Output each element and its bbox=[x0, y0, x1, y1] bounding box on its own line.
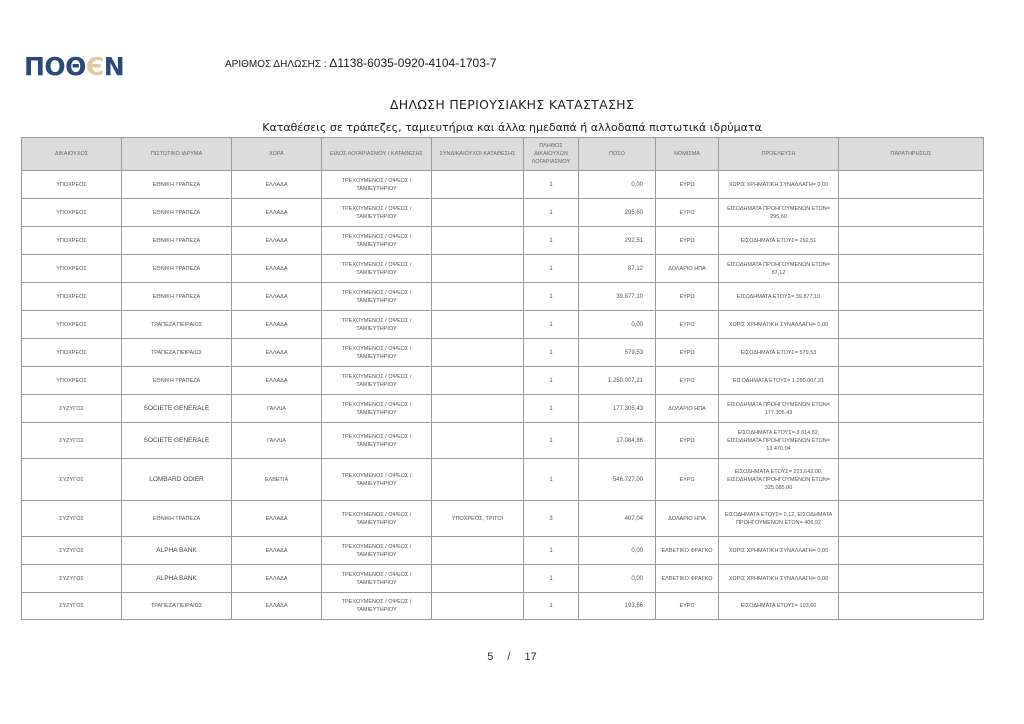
origin-cell: ΕΙΣΟΔΗΜΑΤΑ ΕΤΟΥΣ= 0,12, ΕΙΣΟΔΗΜΑΤΑ ΠΡΟΗΓ… bbox=[719, 501, 839, 537]
logo: ΠΟΘЄΝ bbox=[24, 52, 124, 81]
notes-cell bbox=[839, 459, 984, 501]
country-cell: ΕΛΛΑΔΑ bbox=[232, 501, 322, 537]
holder-cell: ΣΥΖΥΓΟΣ bbox=[22, 423, 122, 459]
deposits-table: ΔΙΚΑΙΟΥΧΟΣΠΙΣΤΩΤΙΚΟ ΙΔΡΥΜΑΧΩΡΑΕΙΔΟΣ ΛΟΓΑ… bbox=[21, 137, 984, 620]
currency-cell: ΕΥΡΩ bbox=[656, 593, 719, 620]
coholders-cell bbox=[432, 367, 524, 395]
country-cell: ΕΛΛΑΔΑ bbox=[232, 593, 322, 620]
origin-cell: ΧΩΡΙΣ ΧΡΗΜΑΤΙΚΗ ΣΥΝΑΛΛΑΓΗ= 0,00 bbox=[719, 311, 839, 339]
coholders-cell bbox=[432, 339, 524, 367]
notes-cell bbox=[839, 199, 984, 227]
holder-cell: ΥΠΟΧΡΕΟΣ bbox=[22, 367, 122, 395]
holders-count-cell: 1 bbox=[524, 311, 579, 339]
account-type-cell: ΤΡΕΧΟΥΜΕΝΟΣ / ΟΨΕΩΣ / ΤΑΜΙΕΥΤΗΡΙΟΥ bbox=[322, 593, 432, 620]
origin-cell: ΕΙΣΟΔΗΜΑΤΑ ΕΤΟΥΣ= 1.250.007,21 bbox=[719, 367, 839, 395]
bank-cell: ΕΘΝΙΚΗ ΤΡΑΠΕΖΑ bbox=[122, 367, 232, 395]
account-type-cell: ΤΡΕΧΟΥΜΕΝΟΣ / ΟΨΕΩΣ / ΤΑΜΙΕΥΤΗΡΙΟΥ bbox=[322, 459, 432, 501]
amount-cell: 0,00 bbox=[579, 537, 656, 565]
currency-cell: ΕΥΡΩ bbox=[656, 171, 719, 199]
country-cell: ΕΛΛΑΔΑ bbox=[232, 227, 322, 255]
account-type-cell: ΤΡΕΧΟΥΜΕΝΟΣ / ΟΨΕΩΣ / ΤΑΜΙΕΥΤΗΡΙΟΥ bbox=[322, 283, 432, 311]
holders-count-cell: 1 bbox=[524, 593, 579, 620]
account-type-cell: ΤΡΕΧΟΥΜΕΝΟΣ / ΟΨΕΩΣ / ΤΑΜΙΕΥΤΗΡΙΟΥ bbox=[322, 537, 432, 565]
account-type-cell: ΤΡΕΧΟΥΜΕΝΟΣ / ΟΨΕΩΣ / ΤΑΜΙΕΥΤΗΡΙΟΥ bbox=[322, 339, 432, 367]
currency-cell: ΔΟΛΑΡΙΟ ΗΠΑ bbox=[656, 501, 719, 537]
column-header: ΠΡΟΕΛΕΥΣΗ bbox=[719, 138, 839, 171]
account-type-cell: ΤΡΕΧΟΥΜΕΝΟΣ / ΟΨΕΩΣ / ΤΑΜΙΕΥΤΗΡΙΟΥ bbox=[322, 565, 432, 593]
origin-cell: ΕΙΣΟΔΗΜΑΤΑ ΕΤΟΥΣ= 39.877,10 bbox=[719, 283, 839, 311]
logo-text: ΠΟΘ bbox=[24, 52, 86, 81]
bank-cell: ΤΡΑΠΕΖΑ ΠΕΙΡΑΙΩΣ bbox=[122, 311, 232, 339]
holders-count-cell: 1 bbox=[524, 255, 579, 283]
holder-cell: ΥΠΟΧΡΕΟΣ bbox=[22, 171, 122, 199]
amount-cell: 546.727,00 bbox=[579, 459, 656, 501]
country-cell: ΓΑΛΛΙΑ bbox=[232, 423, 322, 459]
bank-cell: ΕΘΝΙΚΗ ΤΡΑΠΕΖΑ bbox=[122, 171, 232, 199]
holder-cell: ΣΥΖΥΓΟΣ bbox=[22, 459, 122, 501]
currency-cell: ΕΥΡΩ bbox=[656, 283, 719, 311]
notes-cell bbox=[839, 565, 984, 593]
table-row: ΥΠΟΧΡΕΟΣΕΘΝΙΚΗ ΤΡΑΠΕΖΑΕΛΛΑΔΑΤΡΕΧΟΥΜΕΝΟΣ … bbox=[22, 283, 984, 311]
country-cell: ΕΛΛΑΔΑ bbox=[232, 283, 322, 311]
table-row: ΥΠΟΧΡΕΟΣΤΡΑΠΕΖΑ ΠΕΙΡΑΙΩΣΕΛΛΑΔΑΤΡΕΧΟΥΜΕΝΟ… bbox=[22, 339, 984, 367]
origin-cell: ΕΙΣΟΔΗΜΑΤΑ ΠΡΟΗΓΟΥΜΕΝΩΝ ΕΤΩΝ= 177.305,43 bbox=[719, 395, 839, 423]
amount-cell: 407,04 bbox=[579, 501, 656, 537]
column-header: ΠΟΣΟ bbox=[579, 138, 656, 171]
bank-cell: SOCIETE GENERALE bbox=[122, 395, 232, 423]
holder-cell: ΣΥΖΥΓΟΣ bbox=[22, 395, 122, 423]
bank-cell: ΕΘΝΙΚΗ ΤΡΑΠΕΖΑ bbox=[122, 255, 232, 283]
holder-cell: ΣΥΖΥΓΟΣ bbox=[22, 565, 122, 593]
table-row: ΣΥΖΥΓΟΣSOCIETE GENERALEΓΑΛΛΙΑΤΡΕΧΟΥΜΕΝΟΣ… bbox=[22, 423, 984, 459]
bank-cell: ΕΘΝΙΚΗ ΤΡΑΠΕΖΑ bbox=[122, 227, 232, 255]
table-row: ΥΠΟΧΡΕΟΣΕΘΝΙΚΗ ΤΡΑΠΕΖΑΕΛΛΑΔΑΤΡΕΧΟΥΜΕΝΟΣ … bbox=[22, 367, 984, 395]
coholders-cell bbox=[432, 537, 524, 565]
page-separator: / bbox=[507, 651, 510, 663]
holder-cell: ΣΥΖΥΓΟΣ bbox=[22, 537, 122, 565]
currency-cell: ΕΥΡΩ bbox=[656, 423, 719, 459]
table-row: ΥΠΟΧΡΕΟΣΕΘΝΙΚΗ ΤΡΑΠΕΖΑΕΛΛΑΔΑΤΡΕΧΟΥΜΕΝΟΣ … bbox=[22, 171, 984, 199]
currency-cell: ΕΥΡΩ bbox=[656, 199, 719, 227]
coholders-cell: ΥΠΟΧΡΕΟΣ, ΤΡΙΤΟΙ bbox=[432, 501, 524, 537]
column-header: ΕΙΔΟΣ ΛΟΓΑΡΙΑΣΜΟΥ / ΚΑΤΑΘΕΣΗΣ bbox=[322, 138, 432, 171]
notes-cell bbox=[839, 339, 984, 367]
column-header: ΔΙΚΑΙΟΥΧΟΣ bbox=[22, 138, 122, 171]
origin-cell: ΕΙΣΟΔΗΜΑΤΑ ΕΤΟΥΣ= 221.642,00, ΕΙΣΟΔΗΜΑΤΑ… bbox=[719, 459, 839, 501]
account-type-cell: ΤΡΕΧΟΥΜΕΝΟΣ / ΟΨΕΩΣ / ΤΑΜΙΕΥΤΗΡΙΟΥ bbox=[322, 395, 432, 423]
column-header: ΠΛΗΘΟΣ ΔΙΚΑΙΟΥΧΩΝ ΛΟΓΑΡΙΑΣΜΟΥ bbox=[524, 138, 579, 171]
account-type-cell: ΤΡΕΧΟΥΜΕΝΟΣ / ΟΨΕΩΣ / ΤΑΜΙΕΥΤΗΡΙΟΥ bbox=[322, 227, 432, 255]
currency-cell: ΕΥΡΩ bbox=[656, 227, 719, 255]
amount-cell: 292,51 bbox=[579, 227, 656, 255]
bank-cell: ALPHA BANK bbox=[122, 565, 232, 593]
amount-cell: 0,00 bbox=[579, 311, 656, 339]
coholders-cell bbox=[432, 459, 524, 501]
holders-count-cell: 1 bbox=[524, 423, 579, 459]
currency-cell: ΕΥΡΩ bbox=[656, 459, 719, 501]
notes-cell bbox=[839, 311, 984, 339]
origin-cell: ΕΙΣΟΔΗΜΑΤΑ ΕΤΟΥΣ= 579,53 bbox=[719, 339, 839, 367]
table-row: ΣΥΖΥΓΟΣALPHA BANKΕΛΛΑΔΑΤΡΕΧΟΥΜΕΝΟΣ / ΟΨΕ… bbox=[22, 537, 984, 565]
currency-cell: ΕΥΡΩ bbox=[656, 339, 719, 367]
country-cell: ΕΛΛΑΔΑ bbox=[232, 171, 322, 199]
amount-cell: 0,00 bbox=[579, 171, 656, 199]
column-header: ΝΟΜΙΣΜΑ bbox=[656, 138, 719, 171]
table-row: ΣΥΖΥΓΟΣSOCIETE GENERALEΓΑΛΛΙΑΤΡΕΧΟΥΜΕΝΟΣ… bbox=[22, 395, 984, 423]
coholders-cell bbox=[432, 593, 524, 620]
amount-cell: 17.084,86 bbox=[579, 423, 656, 459]
coholders-cell bbox=[432, 565, 524, 593]
holders-count-cell: 1 bbox=[524, 171, 579, 199]
table-row: ΣΥΖΥΓΟΣΕΘΝΙΚΗ ΤΡΑΠΕΖΑΕΛΛΑΔΑΤΡΕΧΟΥΜΕΝΟΣ /… bbox=[22, 501, 984, 537]
notes-cell bbox=[839, 501, 984, 537]
coholders-cell bbox=[432, 395, 524, 423]
account-type-cell: ΤΡΕΧΟΥΜΕΝΟΣ / ΟΨΕΩΣ / ΤΑΜΙΕΥΤΗΡΙΟΥ bbox=[322, 171, 432, 199]
current-page: 5 bbox=[487, 651, 493, 663]
country-cell: ΕΛΛΑΔΑ bbox=[232, 339, 322, 367]
column-header: ΧΩΡΑ bbox=[232, 138, 322, 171]
coholders-cell bbox=[432, 199, 524, 227]
amount-cell: 1.250.007,21 bbox=[579, 367, 656, 395]
holders-count-cell: 1 bbox=[524, 537, 579, 565]
holder-cell: ΣΥΖΥΓΟΣ bbox=[22, 593, 122, 620]
declaration-number: ΑΡΙΘΜΟΣ ΔΗΛΩΣΗΣ : Δ1138-6035-0920-4104-1… bbox=[225, 56, 497, 70]
column-header: ΠΙΣΤΩΤΙΚΟ ΙΔΡΥΜΑ bbox=[122, 138, 232, 171]
currency-cell: ΕΛΒΕΤΙΚΟ ΦΡΑΓΚΟ bbox=[656, 537, 719, 565]
table-row: ΣΥΖΥΓΟΣΤΡΑΠΕΖΑ ΠΕΙΡΑΙΩΣΕΛΛΑΔΑΤΡΕΧΟΥΜΕΝΟΣ… bbox=[22, 593, 984, 620]
declaration-label: ΑΡΙΘΜΟΣ ΔΗΛΩΣΗΣ : bbox=[225, 59, 327, 70]
account-type-cell: ΤΡΕΧΟΥΜΕΝΟΣ / ΟΨΕΩΣ / ΤΑΜΙΕΥΤΗΡΙΟΥ bbox=[322, 367, 432, 395]
section-title: Καταθέσεις σε τράπεζες, ταμιευτήρια και … bbox=[0, 121, 1024, 134]
bank-cell: ΕΘΝΙΚΗ ΤΡΑΠΕΖΑ bbox=[122, 199, 232, 227]
column-header: ΠΑΡΑΤΗΡΗΣΕΙΣ bbox=[839, 138, 984, 171]
holders-count-cell: 1 bbox=[524, 227, 579, 255]
holders-count-cell: 1 bbox=[524, 565, 579, 593]
holder-cell: ΥΠΟΧΡΕΟΣ bbox=[22, 283, 122, 311]
notes-cell bbox=[839, 423, 984, 459]
country-cell: ΕΛΛΑΔΑ bbox=[232, 367, 322, 395]
notes-cell bbox=[839, 227, 984, 255]
notes-cell bbox=[839, 367, 984, 395]
holder-cell: ΥΠΟΧΡΕΟΣ bbox=[22, 311, 122, 339]
holders-count-cell: 1 bbox=[524, 283, 579, 311]
currency-cell: ΔΟΛΑΡΙΟ ΗΠΑ bbox=[656, 255, 719, 283]
table-row: ΥΠΟΧΡΕΟΣΕΘΝΙΚΗ ΤΡΑΠΕΖΑΕΛΛΑΔΑΤΡΕΧΟΥΜΕΝΟΣ … bbox=[22, 227, 984, 255]
holders-count-cell: 1 bbox=[524, 367, 579, 395]
holder-cell: ΥΠΟΧΡΕΟΣ bbox=[22, 199, 122, 227]
logo-accent: Є bbox=[86, 52, 104, 81]
notes-cell bbox=[839, 255, 984, 283]
origin-cell: ΕΙΣΟΔΗΜΑΤΑ ΠΡΟΗΓΟΥΜΕΝΩΝ ΕΤΩΝ= 295,60 bbox=[719, 199, 839, 227]
coholders-cell bbox=[432, 283, 524, 311]
coholders-cell bbox=[432, 227, 524, 255]
origin-cell: ΧΩΡΙΣ ΧΡΗΜΑΤΙΚΗ ΣΥΝΑΛΛΑΓΗ= 0,00 bbox=[719, 171, 839, 199]
holder-cell: ΥΠΟΧΡΕΟΣ bbox=[22, 227, 122, 255]
coholders-cell bbox=[432, 423, 524, 459]
notes-cell bbox=[839, 171, 984, 199]
country-cell: ΕΛΛΑΔΑ bbox=[232, 537, 322, 565]
table-row: ΥΠΟΧΡΕΟΣΕΘΝΙΚΗ ΤΡΑΠΕΖΑΕΛΛΑΔΑΤΡΕΧΟΥΜΕΝΟΣ … bbox=[22, 199, 984, 227]
bank-cell: SOCIETE GENERALE bbox=[122, 423, 232, 459]
bank-cell: ΕΘΝΙΚΗ ΤΡΑΠΕΖΑ bbox=[122, 283, 232, 311]
coholders-cell bbox=[432, 171, 524, 199]
account-type-cell: ΤΡΕΧΟΥΜΕΝΟΣ / ΟΨΕΩΣ / ΤΑΜΙΕΥΤΗΡΙΟΥ bbox=[322, 199, 432, 227]
bank-cell: ΤΡΑΠΕΖΑ ΠΕΙΡΑΙΩΣ bbox=[122, 339, 232, 367]
bank-cell: LOMBARD ODIER bbox=[122, 459, 232, 501]
holder-cell: ΣΥΖΥΓΟΣ bbox=[22, 501, 122, 537]
currency-cell: ΕΥΡΩ bbox=[656, 311, 719, 339]
table-row: ΥΠΟΧΡΕΟΣΤΡΑΠΕΖΑ ΠΕΙΡΑΙΩΣΕΛΛΑΔΑΤΡΕΧΟΥΜΕΝΟ… bbox=[22, 311, 984, 339]
origin-cell: ΕΙΣΟΔΗΜΑΤΑ ΠΡΟΗΓΟΥΜΕΝΩΝ ΕΤΩΝ= 87,12 bbox=[719, 255, 839, 283]
account-type-cell: ΤΡΕΧΟΥΜΕΝΟΣ / ΟΨΕΩΣ / ΤΑΜΙΕΥΤΗΡΙΟΥ bbox=[322, 501, 432, 537]
notes-cell bbox=[839, 537, 984, 565]
country-cell: ΕΛΛΑΔΑ bbox=[232, 199, 322, 227]
amount-cell: 39.877,10 bbox=[579, 283, 656, 311]
table-row: ΣΥΖΥΓΟΣALPHA BANKΕΛΛΑΔΑΤΡΕΧΟΥΜΕΝΟΣ / ΟΨΕ… bbox=[22, 565, 984, 593]
amount-cell: 193,66 bbox=[579, 593, 656, 620]
origin-cell: ΧΩΡΙΣ ΧΡΗΜΑΤΙΚΗ ΣΥΝΑΛΛΑΓΗ= 0,00 bbox=[719, 537, 839, 565]
holders-count-cell: 1 bbox=[524, 339, 579, 367]
column-header: ΣΥΝΔΙΚΑΙΟΥΧΟΙ ΚΑΤΑΘΕΣΗΣ bbox=[432, 138, 524, 171]
declaration-value: Δ1138-6035-0920-4104-1703-7 bbox=[329, 56, 496, 70]
holders-count-cell: 1 bbox=[524, 459, 579, 501]
document-title: ΔΗΛΩΣΗ ΠΕΡΙΟΥΣΙΑΚΗΣ ΚΑΤΑΣΤΑΣΗΣ bbox=[0, 97, 1024, 112]
country-cell: ΕΛΒΕΤΙΑ bbox=[232, 459, 322, 501]
account-type-cell: ΤΡΕΧΟΥΜΕΝΟΣ / ΟΨΕΩΣ / ΤΑΜΙΕΥΤΗΡΙΟΥ bbox=[322, 311, 432, 339]
amount-cell: 177.305,43 bbox=[579, 395, 656, 423]
total-pages: 17 bbox=[524, 651, 536, 663]
bank-cell: ALPHA BANK bbox=[122, 537, 232, 565]
account-type-cell: ΤΡΕΧΟΥΜΕΝΟΣ / ΟΨΕΩΣ / ΤΑΜΙΕΥΤΗΡΙΟΥ bbox=[322, 423, 432, 459]
account-type-cell: ΤΡΕΧΟΥΜΕΝΟΣ / ΟΨΕΩΣ / ΤΑΜΙΕΥΤΗΡΙΟΥ bbox=[322, 255, 432, 283]
table-row: ΣΥΖΥΓΟΣLOMBARD ODIERΕΛΒΕΤΙΑΤΡΕΧΟΥΜΕΝΟΣ /… bbox=[22, 459, 984, 501]
amount-cell: 295,60 bbox=[579, 199, 656, 227]
origin-cell: ΕΙΣΟΔΗΜΑΤΑ ΕΤΟΥΣ= 3.614,82, ΕΙΣΟΔΗΜΑΤΑ Π… bbox=[719, 423, 839, 459]
origin-cell: ΧΩΡΙΣ ΧΡΗΜΑΤΙΚΗ ΣΥΝΑΛΛΑΓΗ= 0,00 bbox=[719, 565, 839, 593]
page-indicator: 5/17 bbox=[0, 651, 1024, 663]
currency-cell: ΕΥΡΩ bbox=[656, 367, 719, 395]
table-header-row: ΔΙΚΑΙΟΥΧΟΣΠΙΣΤΩΤΙΚΟ ΙΔΡΥΜΑΧΩΡΑΕΙΔΟΣ ΛΟΓΑ… bbox=[22, 138, 984, 171]
amount-cell: 579,53 bbox=[579, 339, 656, 367]
coholders-cell bbox=[432, 255, 524, 283]
origin-cell: ΕΙΣΟΔΗΜΑΤΑ ΕΤΟΥΣ= 292,51 bbox=[719, 227, 839, 255]
origin-cell: ΕΙΣΟΔΗΜΑΤΑ ΕΤΟΥΣ= 193,66 bbox=[719, 593, 839, 620]
amount-cell: 0,00 bbox=[579, 565, 656, 593]
holders-count-cell: 3 bbox=[524, 501, 579, 537]
coholders-cell bbox=[432, 311, 524, 339]
notes-cell bbox=[839, 593, 984, 620]
holders-count-cell: 1 bbox=[524, 199, 579, 227]
amount-cell: 87,12 bbox=[579, 255, 656, 283]
logo-text-end: Ν bbox=[104, 52, 124, 81]
country-cell: ΕΛΛΑΔΑ bbox=[232, 311, 322, 339]
country-cell: ΕΛΛΑΔΑ bbox=[232, 255, 322, 283]
holder-cell: ΥΠΟΧΡΕΟΣ bbox=[22, 339, 122, 367]
holders-count-cell: 1 bbox=[524, 395, 579, 423]
table-row: ΥΠΟΧΡΕΟΣΕΘΝΙΚΗ ΤΡΑΠΕΖΑΕΛΛΑΔΑΤΡΕΧΟΥΜΕΝΟΣ … bbox=[22, 255, 984, 283]
bank-cell: ΕΘΝΙΚΗ ΤΡΑΠΕΖΑ bbox=[122, 501, 232, 537]
notes-cell bbox=[839, 283, 984, 311]
bank-cell: ΤΡΑΠΕΖΑ ΠΕΙΡΑΙΩΣ bbox=[122, 593, 232, 620]
notes-cell bbox=[839, 395, 984, 423]
country-cell: ΓΑΛΛΙΑ bbox=[232, 395, 322, 423]
currency-cell: ΕΛΒΕΤΙΚΟ ΦΡΑΓΚΟ bbox=[656, 565, 719, 593]
country-cell: ΕΛΛΑΔΑ bbox=[232, 565, 322, 593]
currency-cell: ΔΟΛΑΡΙΟ ΗΠΑ bbox=[656, 395, 719, 423]
holder-cell: ΥΠΟΧΡΕΟΣ bbox=[22, 255, 122, 283]
